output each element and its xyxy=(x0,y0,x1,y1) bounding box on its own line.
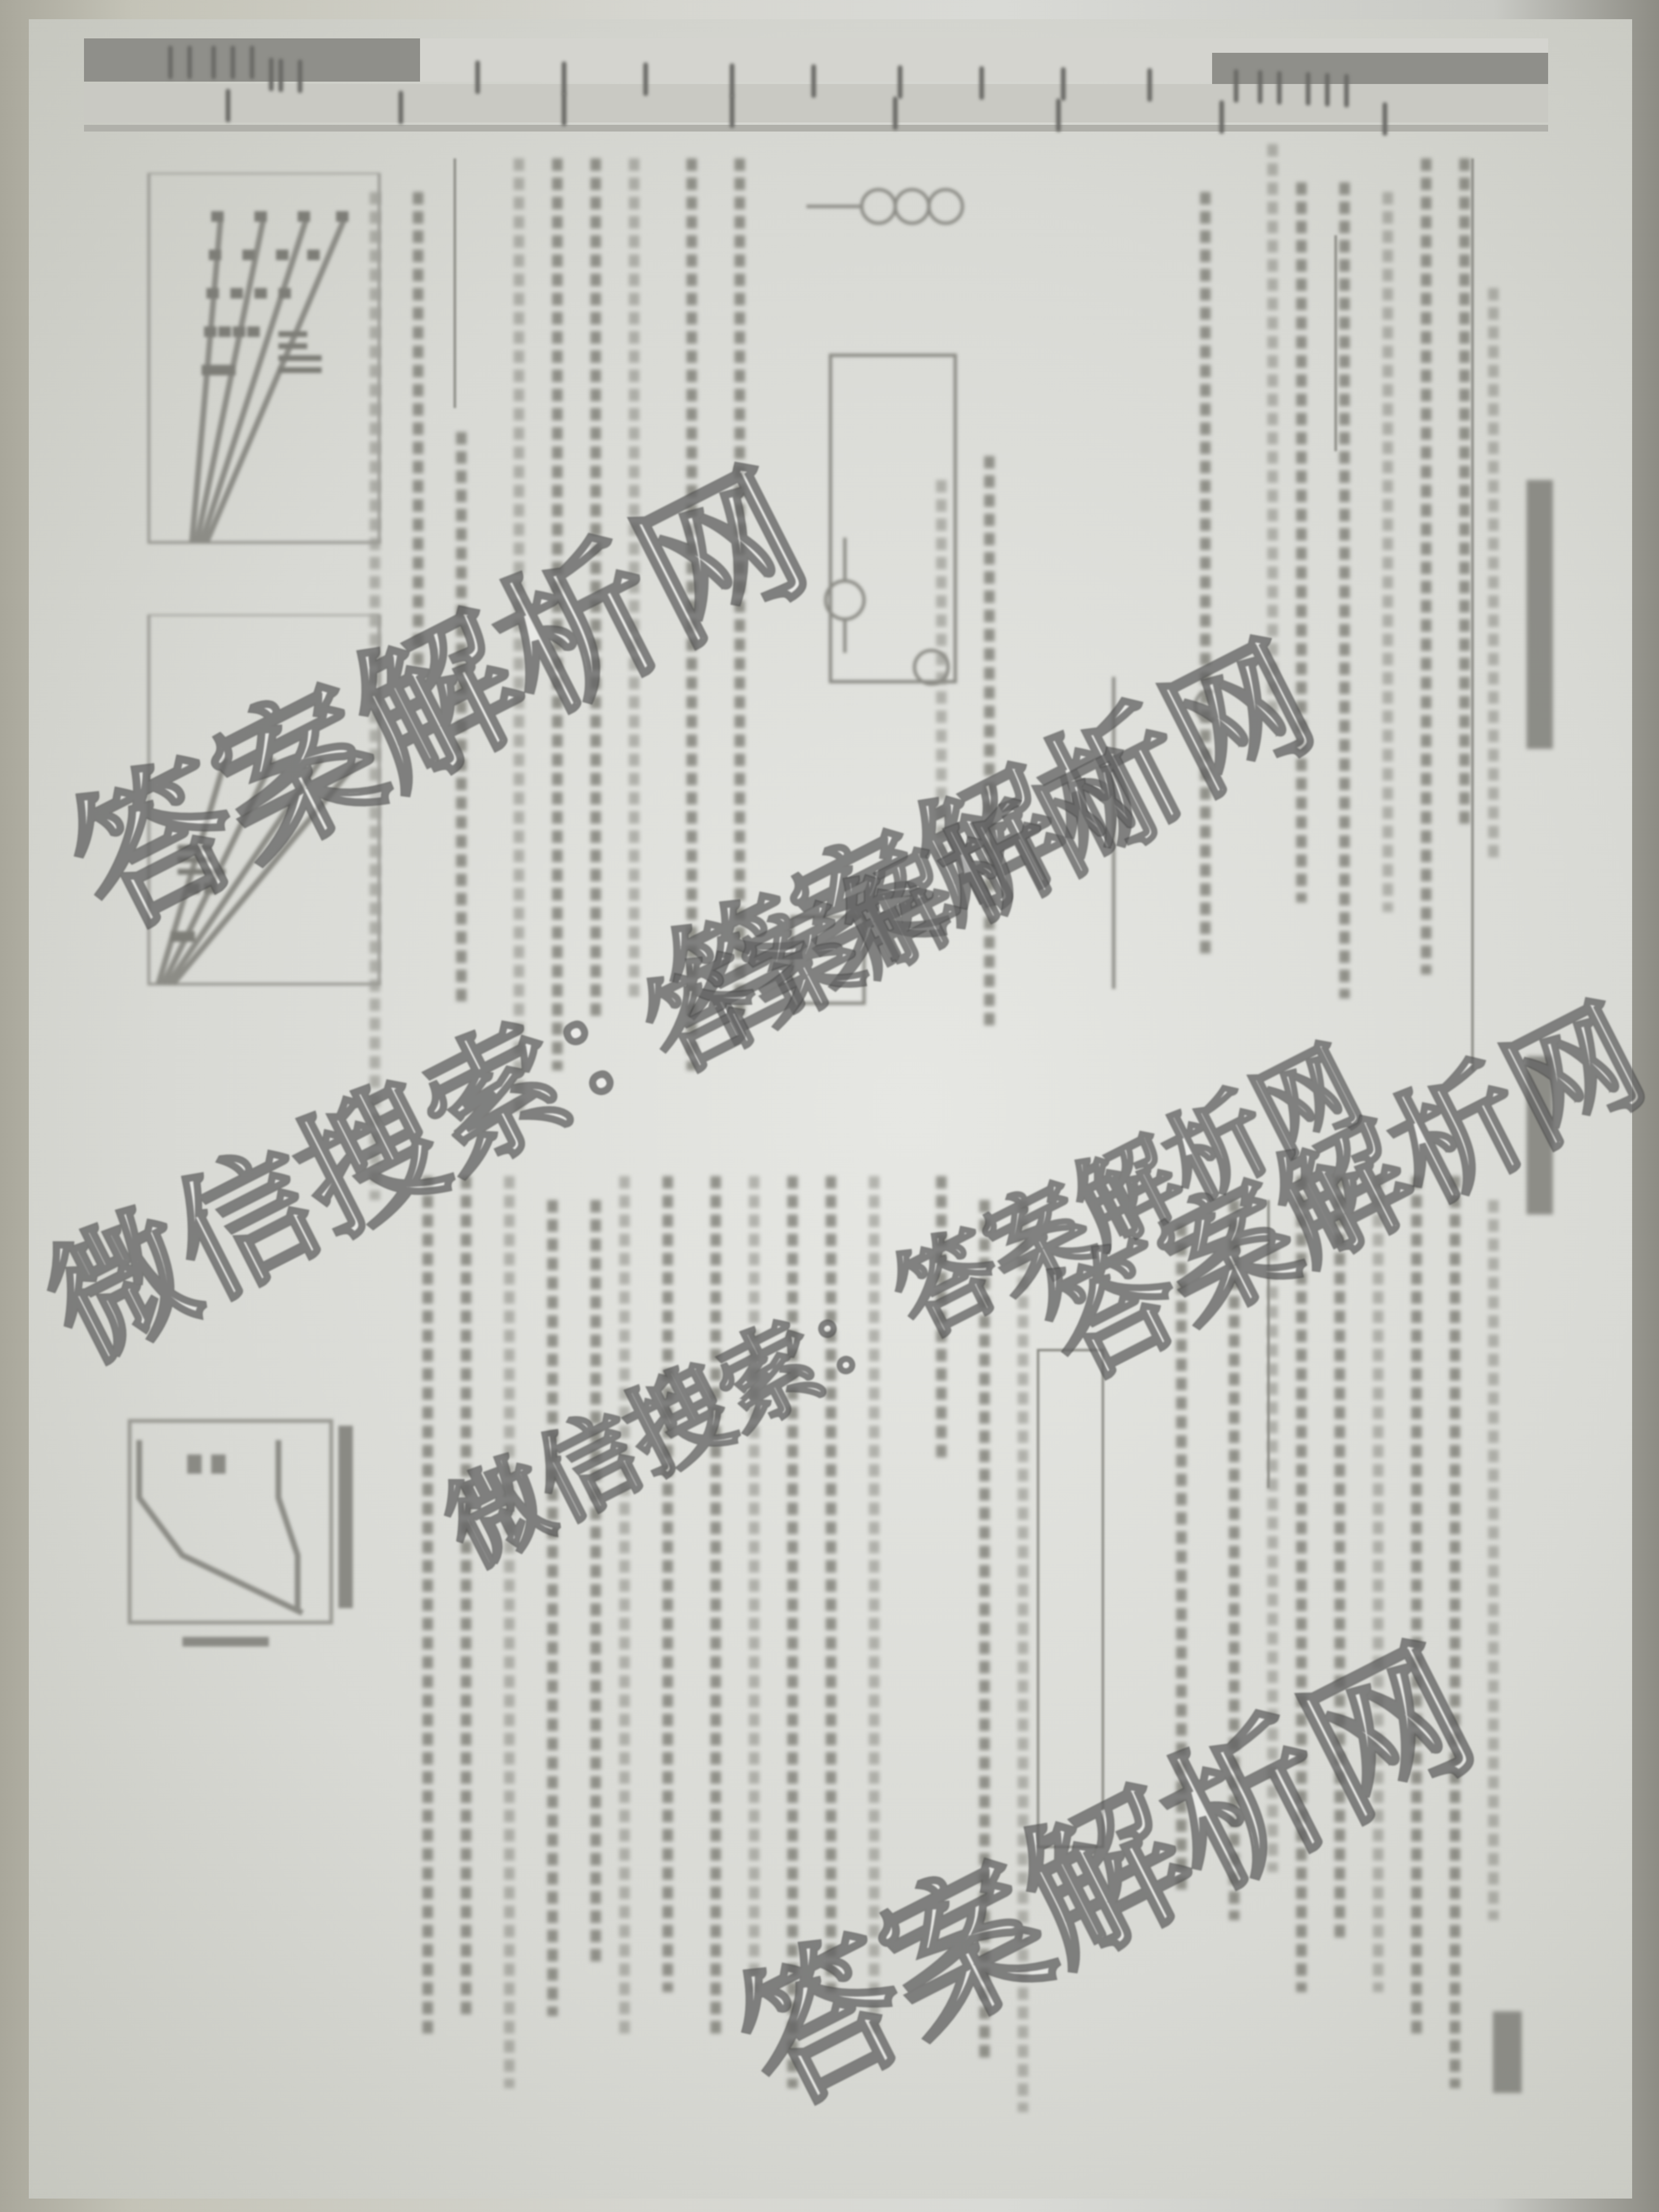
section-tag xyxy=(1493,2011,1522,2093)
header-divider xyxy=(84,125,1548,132)
divider xyxy=(454,158,456,408)
divider xyxy=(1334,235,1337,451)
upper-left-line-chart xyxy=(120,173,389,566)
lower-left-line-chart xyxy=(120,1411,370,1757)
section-tag xyxy=(1527,480,1553,749)
divider xyxy=(1471,158,1474,1070)
